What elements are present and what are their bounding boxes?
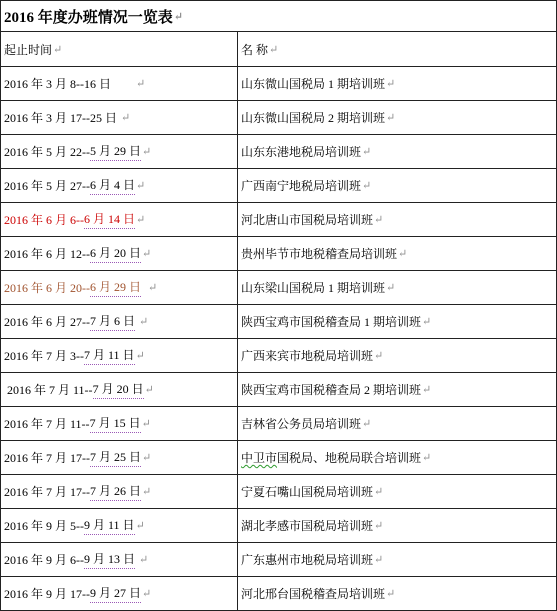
paragraph-mark-icon: ↵ [142, 417, 151, 430]
table-header-row: 起止时间↵ 名 称↵ [1, 32, 556, 67]
time-cell: 2016 年 7 月 3--7 月 11 日↵ [1, 339, 238, 372]
name-cell: 中卫市国税局、地税局联合培训班↵ [238, 441, 556, 474]
paragraph-mark-icon: ↵ [142, 247, 151, 260]
table-row: 2016 年 9 月 17--9 月 27 日↵ 河北邢台国税稽查局培训班↵ [1, 577, 556, 610]
time-text-spellcheck: 7 月 26 日 [90, 482, 141, 501]
paragraph-mark-icon: ↵ [136, 179, 145, 192]
name-cell: 贵州毕节市地税稽查局培训班↵ [238, 237, 556, 270]
paragraph-mark-icon: ↵ [136, 519, 145, 532]
header-name-label: 名 称 [241, 41, 268, 58]
name-cell: 陕西宝鸡市国税稽查局 2 期培训班↵ [238, 373, 556, 406]
paragraph-mark-icon: ↵ [374, 213, 383, 226]
time-text: 2016 年 9 月 17-- [4, 585, 90, 602]
name-text: 宁夏石嘴山国税局培训班 [241, 483, 373, 500]
name-text: 山东东港地税局培训班 [241, 143, 361, 160]
time-cell: 2016 年 5 月 22--5 月 29 日↵ [1, 135, 238, 168]
time-text: 2016 年 7 月 3-- [4, 347, 84, 364]
table-title: 2016 年度办班情况一览表 [4, 6, 173, 27]
table-row: 2016 年 7 月 17--7 月 26 日↵ 宁夏石嘴山国税局培训班↵ [1, 475, 556, 509]
time-cell: 2016 年 9 月 5--9 月 11 日↵ [1, 509, 238, 542]
paragraph-mark-icon: ↵ [139, 553, 148, 566]
time-text: 2016 年 5 月 22-- [4, 143, 90, 160]
paragraph-mark-icon: ↵ [142, 587, 151, 600]
time-cell: 2016 年 7 月 17--7 月 26 日↵ [1, 475, 238, 508]
table-row: 2016 年 6 月 12--6 月 20 日↵ 贵州毕节市地税稽查局培训班↵ [1, 237, 556, 271]
name-text: 广西来宾市地税局培训班 [241, 347, 373, 364]
paragraph-mark-icon: ↵ [374, 349, 383, 362]
name-text: 国税局、地税局联合培训班 [277, 449, 421, 466]
time-text: 2016 年 7 月 17-- [4, 449, 90, 466]
table-row: 2016 年 6 月 27--7 月 6 日 ↵ 陕西宝鸡市国税稽查局 1 期培… [1, 305, 556, 339]
table-row: 2016 年 5 月 22--5 月 29 日↵ 山东东港地税局培训班↵ [1, 135, 556, 169]
name-cell: 吉林省公务员局培训班↵ [238, 407, 556, 440]
time-text: 2016 年 6 月 20-- [4, 279, 90, 296]
name-cell: 湖北孝感市国税局培训班↵ [238, 509, 556, 542]
time-cell: 2016 年 6 月 20--6 月 29 日 ↵ [1, 271, 238, 304]
name-cell: 河北唐山市国税局培训班↵ [238, 203, 556, 236]
time-text: 2016 年 7 月 11-- [4, 381, 93, 398]
paragraph-mark-icon: ↵ [145, 383, 154, 396]
table-row: 2016 年 7 月 11--7 月 20 日↵ 陕西宝鸡市国税稽查局 2 期培… [1, 373, 556, 407]
paragraph-mark-icon: ↵ [386, 111, 395, 124]
paragraph-mark-icon: ↵ [136, 77, 145, 90]
paragraph-mark-icon: ↵ [422, 383, 431, 396]
time-cell: 2016 年 9 月 17--9 月 27 日↵ [1, 577, 238, 610]
paragraph-mark-icon: ↵ [142, 145, 151, 158]
paragraph-mark-icon: ↵ [374, 553, 383, 566]
time-text-spellcheck: 9 月 11 日 [84, 516, 135, 535]
name-text: 广西南宁地税局培训班 [241, 177, 361, 194]
time-text-spellcheck: 5 月 29 日 [90, 142, 141, 161]
paragraph-mark-icon: ↵ [139, 315, 148, 328]
time-text: 2016 年 6 月 6-- [4, 211, 84, 228]
time-text-spellcheck: 7 月 11 日 [84, 346, 135, 365]
table-row: 2016 年 3 月 17--25 日 ↵ 山东微山国税局 2 期培训班↵ [1, 101, 556, 135]
time-cell: 2016 年 3 月 17--25 日 ↵ [1, 101, 238, 134]
paragraph-mark-icon: ↵ [121, 111, 130, 124]
name-cell: 广西南宁地税局培训班↵ [238, 169, 556, 202]
time-text: 2016 年 7 月 11-- [4, 415, 90, 432]
name-cell: 广东惠州市地税局培训班↵ [238, 543, 556, 576]
name-text: 河北唐山市国税局培训班 [241, 211, 373, 228]
time-text: 2016 年 3 月 17--25 日 [4, 109, 117, 126]
paragraph-mark-icon: ↵ [374, 519, 383, 532]
time-cell: 2016 年 3 月 8--16 日 ↵ [1, 67, 238, 100]
table-row: 2016 年 6 月 6--6 月 14 日↵ 河北唐山市国税局培训班↵ [1, 203, 556, 237]
name-cell: 宁夏石嘴山国税局培训班↵ [238, 475, 556, 508]
time-cell: 2016 年 9 月 6--9 月 13 日 ↵ [1, 543, 238, 576]
header-cell-name: 名 称↵ [238, 32, 556, 66]
time-text-spellcheck: 7 月 6 日 [90, 312, 135, 331]
table-row: 2016 年 6 月 20--6 月 29 日 ↵ 山东梁山国税局 1 期培训班… [1, 271, 556, 305]
table-row: 2016 年 5 月 27--6 月 4 日↵ 广西南宁地税局培训班↵ [1, 169, 556, 203]
time-text: 2016 年 3 月 8--16 日 [4, 75, 111, 92]
table-row: 2016 年 7 月 17--7 月 25 日↵ 中卫市国税局、地税局联合培训班… [1, 441, 556, 475]
time-text: 2016 年 7 月 17-- [4, 483, 90, 500]
header-cell-time: 起止时间↵ [1, 32, 238, 66]
name-cell: 河北邢台国税稽查局培训班↵ [238, 577, 556, 610]
name-text: 山东微山国税局 2 期培训班 [241, 109, 385, 126]
name-cell: 山东微山国税局 2 期培训班↵ [238, 101, 556, 134]
time-cell: 2016 年 6 月 6--6 月 14 日↵ [1, 203, 238, 236]
name-text: 山东微山国税局 1 期培训班 [241, 75, 385, 92]
name-text: 河北邢台国税稽查局培训班 [241, 585, 385, 602]
paragraph-mark-icon: ↵ [136, 349, 145, 362]
name-text: 山东梁山国税局 1 期培训班 [241, 279, 385, 296]
paragraph-mark-icon: ↵ [142, 451, 151, 464]
name-cell: 山东微山国税局 1 期培训班↵ [238, 67, 556, 100]
time-text-spellcheck: 6 月 4 日 [90, 176, 135, 195]
name-text: 吉林省公务员局培训班 [241, 415, 361, 432]
table-row: 2016 年 7 月 11--7 月 15 日↵ 吉林省公务员局培训班↵ [1, 407, 556, 441]
paragraph-mark-icon: ↵ [362, 179, 371, 192]
paragraph-mark-icon: ↵ [362, 145, 371, 158]
paragraph-mark-icon: ↵ [53, 43, 62, 56]
paragraph-mark-icon: ↵ [386, 587, 395, 600]
document-page: 2016 年度办班情况一览表↵ 起止时间↵ 名 称↵ 2016 年 3 月 8-… [0, 0, 557, 611]
time-text-spellcheck: 6 月 20 日 [90, 244, 141, 263]
table-row: 2016 年 9 月 5--9 月 11 日↵ 湖北孝感市国税局培训班↵ [1, 509, 556, 543]
time-text-spellcheck: 6 月 14 日 [84, 210, 135, 229]
time-text-spellcheck: 7 月 20 日 [93, 380, 144, 399]
time-cell: 2016 年 6 月 12--6 月 20 日↵ [1, 237, 238, 270]
time-cell: 2016 年 7 月 11--7 月 20 日↵ [1, 373, 238, 406]
paragraph-mark-icon: ↵ [269, 43, 278, 56]
paragraph-mark-icon: ↵ [136, 213, 145, 226]
name-text: 湖北孝感市国税局培训班 [241, 517, 373, 534]
paragraph-mark-icon: ↵ [142, 485, 151, 498]
table-body: 2016 年 3 月 8--16 日 ↵ 山东微山国税局 1 期培训班↵ 201… [1, 67, 556, 610]
paragraph-mark-icon: ↵ [174, 10, 183, 23]
paragraph-mark-icon: ↵ [148, 281, 157, 294]
table-row: 2016 年 7 月 3--7 月 11 日↵ 广西来宾市地税局培训班↵ [1, 339, 556, 373]
paragraph-mark-icon: ↵ [422, 315, 431, 328]
table-title-row: 2016 年度办班情况一览表↵ [1, 1, 556, 32]
name-cell: 广西来宾市地税局培训班↵ [238, 339, 556, 372]
header-time-label: 起止时间 [4, 41, 52, 58]
time-text: 2016 年 6 月 27-- [4, 313, 90, 330]
time-text: 2016 年 5 月 27-- [4, 177, 90, 194]
name-cell: 陕西宝鸡市国税稽查局 1 期培训班↵ [238, 305, 556, 338]
time-text-spellcheck: 9 月 13 日 [84, 550, 135, 569]
name-text: 广东惠州市地税局培训班 [241, 551, 373, 568]
time-text-spellcheck: 7 月 25 日 [90, 448, 141, 467]
paragraph-mark-icon: ↵ [362, 417, 371, 430]
time-cell: 2016 年 7 月 17--7 月 25 日↵ [1, 441, 238, 474]
time-text-spellcheck: 6 月 29 日 [90, 278, 141, 297]
name-cell: 山东梁山国税局 1 期培训班↵ [238, 271, 556, 304]
time-text-spellcheck: 9 月 27 日 [90, 584, 141, 603]
name-text: 陕西宝鸡市国税稽查局 1 期培训班 [241, 313, 421, 330]
name-text-grammarcheck: 中卫市 [241, 449, 277, 466]
name-text: 贵州毕节市地税稽查局培训班 [241, 245, 397, 262]
table-row: 2016 年 3 月 8--16 日 ↵ 山东微山国税局 1 期培训班↵ [1, 67, 556, 101]
time-text: 2016 年 9 月 5-- [4, 517, 84, 534]
paragraph-mark-icon: ↵ [398, 247, 407, 260]
time-text: 2016 年 6 月 12-- [4, 245, 90, 262]
paragraph-mark-icon: ↵ [422, 451, 431, 464]
time-text: 2016 年 9 月 6-- [4, 551, 84, 568]
time-cell: 2016 年 6 月 27--7 月 6 日 ↵ [1, 305, 238, 338]
time-cell: 2016 年 5 月 27--6 月 4 日↵ [1, 169, 238, 202]
paragraph-mark-icon: ↵ [374, 485, 383, 498]
paragraph-mark-icon: ↵ [386, 77, 395, 90]
time-text-spellcheck: 7 月 15 日 [90, 414, 141, 433]
name-text: 陕西宝鸡市国税稽查局 2 期培训班 [241, 381, 421, 398]
time-cell: 2016 年 7 月 11--7 月 15 日↵ [1, 407, 238, 440]
name-cell: 山东东港地税局培训班↵ [238, 135, 556, 168]
table-row: 2016 年 9 月 6--9 月 13 日 ↵ 广东惠州市地税局培训班↵ [1, 543, 556, 577]
paragraph-mark-icon: ↵ [386, 281, 395, 294]
